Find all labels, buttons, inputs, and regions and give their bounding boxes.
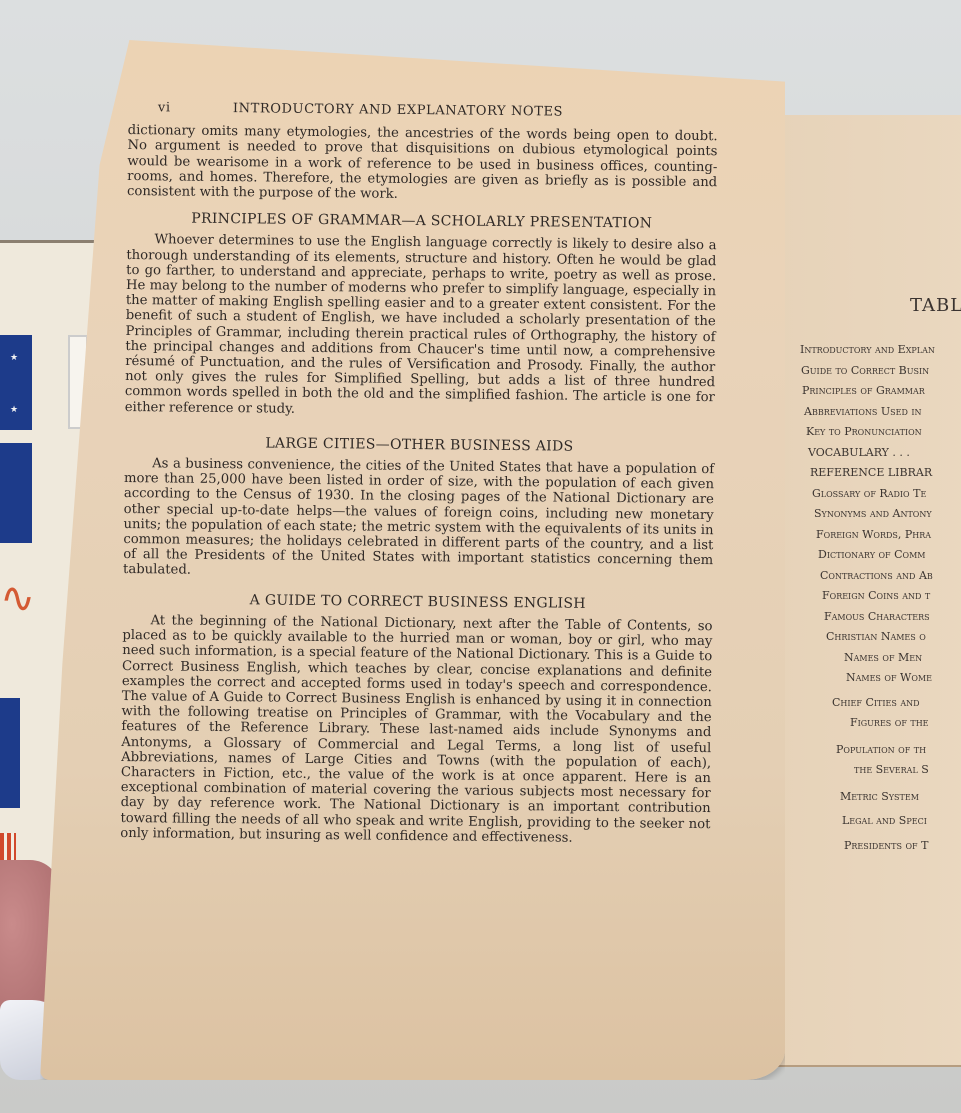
toc-item: Presidents of T — [800, 836, 935, 857]
toc-item: Names of Wome — [800, 668, 935, 689]
toc-item: Legal and Speci — [800, 811, 935, 832]
opening-paragraph: dictionary omits many etymologies, the a… — [127, 123, 718, 205]
page-text-column: vi INTRODUCTORY AND EXPLANATORY NOTES di… — [120, 100, 718, 847]
toc-item: Abbreviations Used in — [800, 402, 935, 423]
toc-item: Names of Men — [800, 648, 935, 669]
star-icon: ★ — [10, 353, 18, 363]
toc-item: Foreign Coins and t — [800, 586, 935, 607]
toc-item: Key to Pronunciation — [800, 422, 935, 443]
toc-item: Metric System — [800, 787, 935, 808]
toc-item: Figures of the — [800, 713, 935, 734]
blue-flag-panel: ★ ★ — [0, 335, 32, 430]
toc-title: TABL — [910, 295, 961, 316]
toc-item: Dictionary of Comm — [800, 545, 935, 566]
toc-item: Christian Names o — [800, 627, 935, 648]
toc-item: Synonyms and Antony — [800, 504, 935, 525]
toc-item: Famous Characters — [800, 607, 935, 628]
section-body-business-english: At the beginning of the National Diction… — [120, 613, 712, 847]
page-number: vi — [128, 100, 233, 116]
running-head-title: INTRODUCTORY AND EXPLANATORY NOTES — [233, 101, 563, 120]
section-body-large-cities: As a business convenience, the cities of… — [123, 456, 714, 584]
toc-item: Population of th — [800, 740, 935, 761]
toc-item: REFERENCE LIBRAR — [800, 463, 935, 484]
section-heading-business-english: A GUIDE TO CORRECT BUSINESS ENGLISH — [123, 592, 713, 613]
blue-dotted-panel — [0, 698, 20, 808]
blue-flag-panel — [0, 443, 32, 543]
toc-item: VOCABULARY . . . — [800, 443, 935, 464]
toc-item: Guide to Correct Busin — [800, 361, 935, 382]
section-heading-grammar: PRINCIPLES OF GRAMMAR—A SCHOLARLY PRESEN… — [127, 211, 717, 232]
red-wave-decoration: ∿ — [0, 573, 35, 622]
section-body-grammar: Whoever determines to use the English la… — [125, 232, 717, 421]
toc-item: the Several S — [800, 760, 935, 781]
toc-item: Contractions and Ab — [800, 566, 935, 587]
star-icon: ★ — [10, 405, 18, 415]
toc-item: Glossary of Radio Te — [800, 484, 935, 505]
toc-item: Introductory and Explan — [800, 340, 935, 361]
toc-item: Foreign Words, Phra — [800, 525, 935, 546]
toc-item: Principles of Grammar — [800, 381, 935, 402]
toc-list: Introductory and Explan Guide to Correct… — [800, 340, 935, 856]
section-heading-large-cities: LARGE CITIES—OTHER BUSINESS AIDS — [124, 435, 714, 456]
toc-item: Chief Cities and — [800, 693, 935, 714]
